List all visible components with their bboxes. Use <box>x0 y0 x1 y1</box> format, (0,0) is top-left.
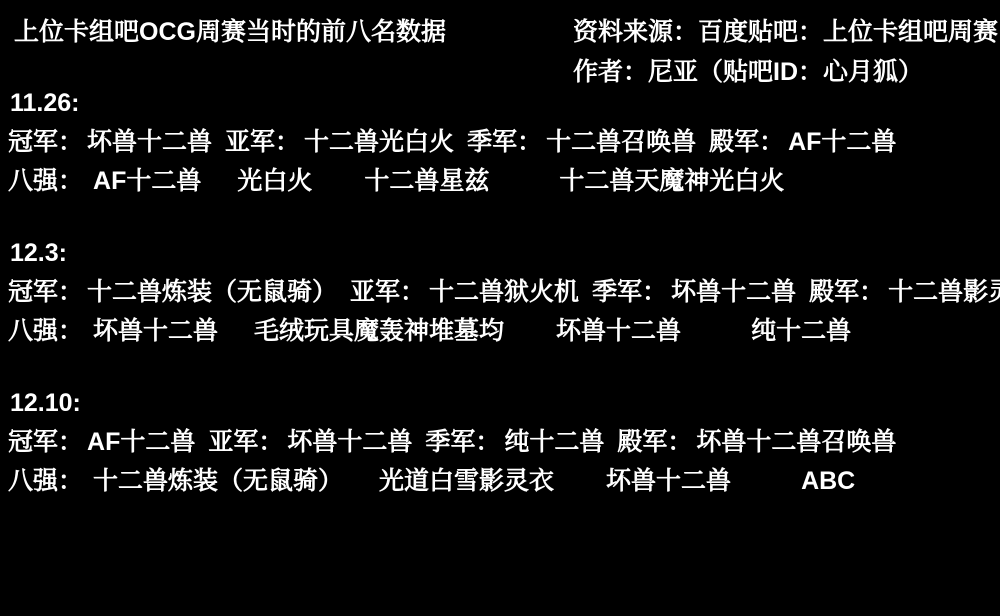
deck-name: 坏兽十二兽 <box>606 462 731 501</box>
deck-name: 十二兽天魔神光白火 <box>559 162 784 201</box>
deck-name: 纯十二兽 <box>504 423 604 462</box>
deck-name: 坏兽十二兽召唤兽 <box>696 423 896 462</box>
tournament-date: 12.3: <box>8 234 1000 273</box>
rank-label: 亚军： <box>350 273 425 312</box>
deck-name: 坏兽十二兽 <box>287 423 412 462</box>
rank-label: 殿军： <box>709 123 784 162</box>
podium-entry: 冠军：坏兽十二兽 <box>8 123 212 162</box>
page-title: 上位卡组吧OCG周赛当时的前八名数据 <box>14 12 446 52</box>
podium-row: 冠军：坏兽十二兽 亚军：十二兽光白火 季军：十二兽召唤兽 殿军：AF十二兽 <box>8 123 1000 162</box>
deck-name: 十二兽狱火机 <box>429 273 579 312</box>
top8-label: 八强： <box>8 312 83 351</box>
top8-row: 八强： 十二兽炼装（无鼠骑） 光道白雪影灵衣 坏兽十二兽 ABC <box>8 462 1000 501</box>
podium-entry: 冠军：AF十二兽 <box>8 423 195 462</box>
deck-name: 坏兽十二兽 <box>93 312 218 351</box>
deck-name: 十二兽炼装（无鼠骑） <box>93 462 343 501</box>
top8-label: 八强： <box>8 462 83 501</box>
podium-entry: 亚军：十二兽狱火机 <box>350 273 579 312</box>
rank-label: 殿军： <box>809 273 884 312</box>
deck-name: 纯十二兽 <box>751 312 851 351</box>
deck-name: AF十二兽 <box>788 123 896 162</box>
podium-entry: 季军：十二兽召唤兽 <box>467 123 696 162</box>
deck-name: 十二兽召唤兽 <box>546 123 696 162</box>
tournament-date: 11.26: <box>8 84 1000 123</box>
rank-label: 季军： <box>425 423 500 462</box>
podium-entry: 亚军：坏兽十二兽 <box>208 423 412 462</box>
deck-name: 坏兽十二兽 <box>87 123 212 162</box>
podium-entry: 冠军：十二兽炼装（无鼠骑） <box>8 273 337 312</box>
top8-label: 八强： <box>8 162 83 201</box>
rank-label: 季军： <box>592 273 667 312</box>
podium-row: 冠军：AF十二兽 亚军：坏兽十二兽 季军：纯十二兽 殿军：坏兽十二兽召唤兽 <box>8 423 1000 462</box>
top8-row: 八强： 坏兽十二兽 毛绒玩具魔轰神堆墓均 坏兽十二兽 纯十二兽 <box>8 312 1000 351</box>
rank-label: 冠军： <box>8 423 83 462</box>
deck-name: 坏兽十二兽 <box>671 273 796 312</box>
tournament-section-1126: 11.26: 冠军：坏兽十二兽 亚军：十二兽光白火 季军：十二兽召唤兽 殿军：A… <box>8 84 1000 201</box>
deck-name: 毛绒玩具魔轰神堆墓均 <box>254 312 504 351</box>
podium-entry: 亚军：十二兽光白火 <box>225 123 454 162</box>
deck-name: 坏兽十二兽 <box>556 312 681 351</box>
deck-name: 十二兽影灵衣 <box>888 273 1000 312</box>
rank-label: 冠军： <box>8 273 83 312</box>
deck-name: ABC <box>801 462 855 501</box>
rank-label: 殿军： <box>617 423 692 462</box>
source-line: 资料来源：百度贴吧：上位卡组吧周赛 <box>573 12 998 52</box>
tournament-section-123: 12.3: 冠军：十二兽炼装（无鼠骑） 亚军：十二兽狱火机 季军：坏兽十二兽 殿… <box>8 234 1000 351</box>
deck-name: AF十二兽 <box>93 162 201 201</box>
podium-entry: 殿军：十二兽影灵衣 <box>809 273 1000 312</box>
podium-row: 冠军：十二兽炼装（无鼠骑） 亚军：十二兽狱火机 季军：坏兽十二兽 殿军：十二兽影… <box>8 273 1000 312</box>
meta-block: 资料来源：百度贴吧：上位卡组吧周赛 作者：尼亚（贴吧ID：心月狐） <box>573 12 998 92</box>
rank-label: 冠军： <box>8 123 83 162</box>
tournament-section-1210: 12.10: 冠军：AF十二兽 亚军：坏兽十二兽 季军：纯十二兽 殿军：坏兽十二… <box>8 384 1000 501</box>
podium-entry: 季军：坏兽十二兽 <box>592 273 796 312</box>
tournament-data-page: 上位卡组吧OCG周赛当时的前八名数据 资料来源：百度贴吧：上位卡组吧周赛 作者：… <box>0 0 1000 616</box>
top8-row: 八强： AF十二兽 光白火 十二兽星兹 十二兽天魔神光白火 <box>8 162 1000 201</box>
podium-entry: 殿军：坏兽十二兽召唤兽 <box>617 423 896 462</box>
rank-label: 季军： <box>467 123 542 162</box>
podium-entry: 季军：纯十二兽 <box>425 423 604 462</box>
deck-name: 十二兽星兹 <box>364 162 489 201</box>
deck-name: 十二兽光白火 <box>304 123 454 162</box>
rank-label: 亚军： <box>208 423 283 462</box>
deck-name: 光白火 <box>237 162 312 201</box>
tournament-date: 12.10: <box>8 384 1000 423</box>
podium-entry: 殿军：AF十二兽 <box>709 123 896 162</box>
deck-name: 光道白雪影灵衣 <box>379 462 554 501</box>
deck-name: 十二兽炼装（无鼠骑） <box>87 273 337 312</box>
deck-name: AF十二兽 <box>87 423 195 462</box>
tournament-sections: 11.26: 冠军：坏兽十二兽 亚军：十二兽光白火 季军：十二兽召唤兽 殿军：A… <box>8 84 1000 501</box>
rank-label: 亚军： <box>225 123 300 162</box>
